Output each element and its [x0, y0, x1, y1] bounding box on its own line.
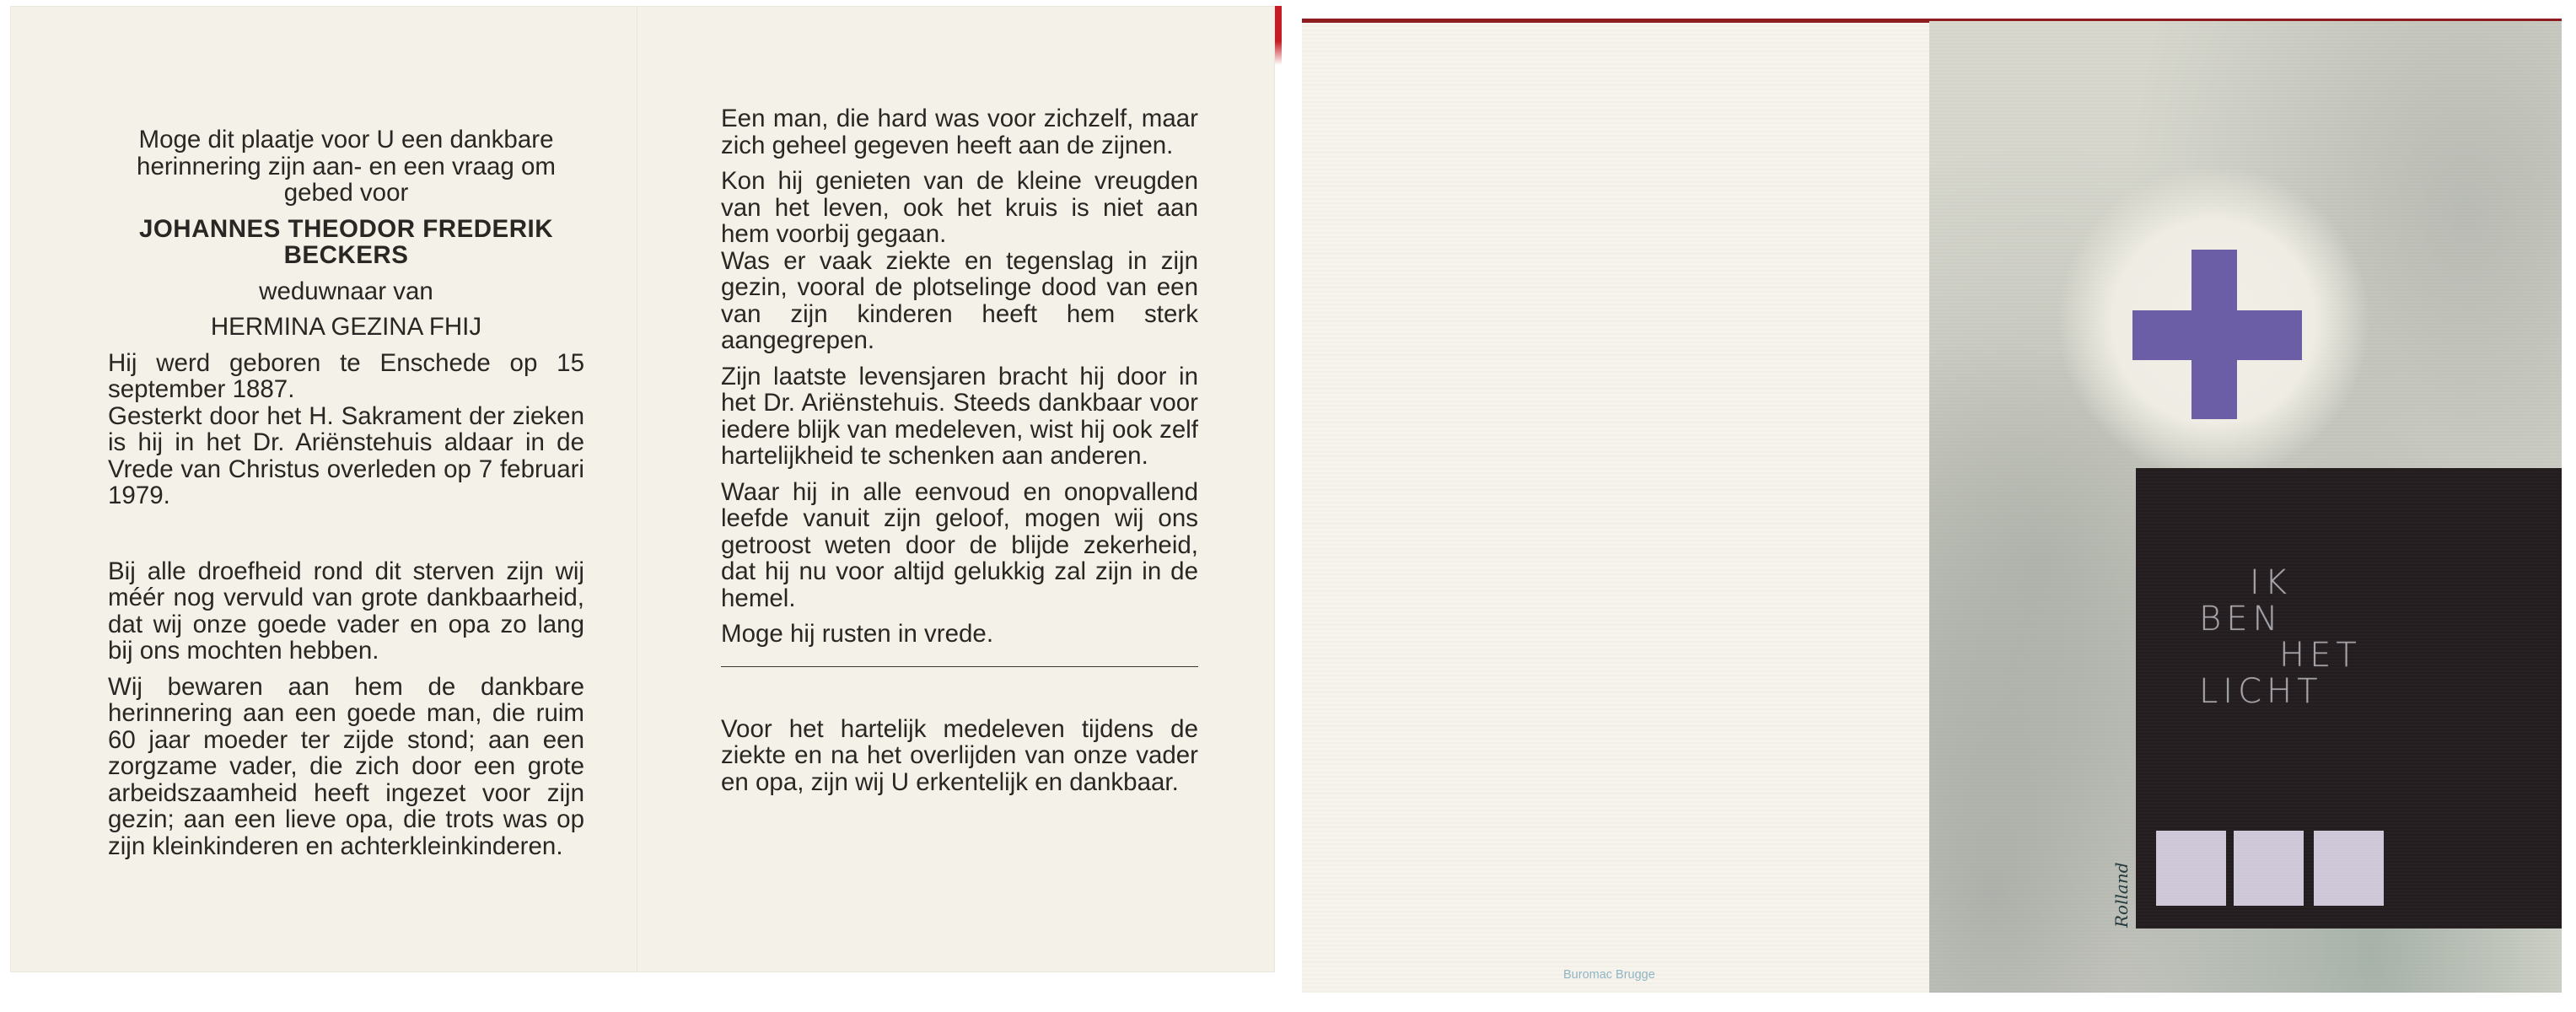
embossed-text: IK BEN HET LICHT	[2199, 565, 2362, 710]
closing-prayer: Moge hij rusten in vrede.	[721, 621, 1198, 648]
deceased-name-line1: JOHANNES THEODOR FREDERIK	[139, 215, 553, 243]
dark-panel: IK BEN HET LICHT	[2136, 468, 2562, 929]
birth-text: Hij werd geboren te Enschede op 15 septe…	[108, 350, 584, 403]
cover-artwork: IK BEN HET LICHT Rolland	[1929, 21, 2562, 993]
tribute-paragraph: Zijn laatste levensjaren bracht hij door…	[721, 363, 1198, 470]
left-text-column: Moge dit plaatje voor U een dankbare her…	[108, 126, 584, 859]
embossed-line: LICHT	[2199, 674, 2362, 710]
back-panel: Buromac Brugge	[1302, 23, 1929, 993]
tribute-paragraph: Was er vaak ziekte en tegenslag in zijn …	[721, 248, 1198, 354]
embossed-line: HET	[2199, 638, 2362, 674]
lilac-square	[2234, 831, 2304, 906]
tribute-paragraph: Kon hij genieten van de kleine vreugden …	[721, 168, 1198, 248]
embossed-line: BEN	[2199, 601, 2362, 638]
lilac-square	[2156, 831, 2226, 906]
thanks-text: Voor het hartelijk medeleven tijdens de …	[721, 716, 1198, 796]
middle-text-column: Een man, die hard was voor zichzelf, maa…	[721, 105, 1198, 795]
reflection-paragraph: Bij alle droefheid rond dit sterven zijn…	[108, 558, 584, 665]
death-text: Gesterkt door het H. Sakrament der zieke…	[108, 403, 584, 509]
cross-icon-bar	[2132, 310, 2302, 360]
memorial-card-cover: Buromac Brugge IK BEN HET LICHT Rolland	[1302, 19, 2562, 993]
spouse-name: HERMINA GEZINA FHIJ	[108, 314, 584, 341]
card-edge-red	[1275, 6, 1282, 65]
printer-credit: Buromac Brugge	[1563, 968, 1655, 982]
card-fold-line	[637, 6, 638, 972]
embossed-line: IK	[2199, 565, 2362, 601]
deceased-name-line2: BECKERS	[284, 241, 409, 269]
deceased-name: JOHANNES THEODOR FREDERIK BECKERS	[108, 216, 584, 269]
relation-text: weduwnaar van	[108, 278, 584, 305]
reflection-paragraph: Wij bewaren aan hem de dankbare herinner…	[108, 674, 584, 860]
intro-text: Moge dit plaatje voor U een dankbare her…	[108, 126, 584, 207]
tribute-paragraph: Waar hij in alle eenvoud en onopvallend …	[721, 479, 1198, 612]
artist-signature: Rolland	[2111, 863, 2132, 929]
memorial-card-inside: Moge dit plaatje voor U een dankbare her…	[10, 6, 1275, 972]
tribute-paragraph: Een man, die hard was voor zichzelf, maa…	[721, 105, 1198, 159]
lilac-square	[2314, 831, 2384, 906]
